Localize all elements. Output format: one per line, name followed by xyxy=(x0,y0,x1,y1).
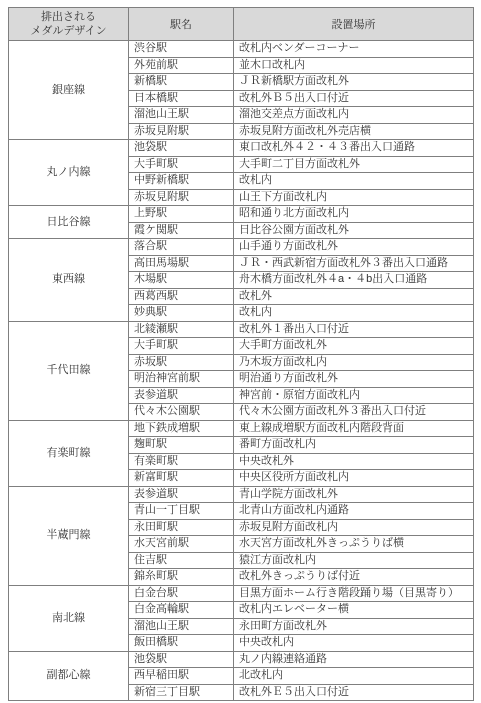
line-name-cell: 南北線 xyxy=(9,585,129,651)
station-cell: 妙典駅 xyxy=(129,305,234,322)
station-cell: 青山一丁目駅 xyxy=(129,503,234,520)
header-station: 駅名 xyxy=(129,8,234,41)
station-cell: 北綾瀬駅 xyxy=(129,321,234,338)
station-cell: 明治神宮前駅 xyxy=(129,371,234,388)
location-cell: 水天宮方面改札外きっぷうりば横 xyxy=(234,536,474,553)
location-cell: 目黒方面ホーム行き階段踊り場（目黒寄り） xyxy=(234,585,474,602)
line-name-cell: 千代田線 xyxy=(9,321,129,420)
location-cell: 番町方面改札内 xyxy=(234,437,474,454)
table-header: 排出される メダルデザイン 駅名 設置場所 xyxy=(9,8,474,41)
station-cell: 霞ケ関駅 xyxy=(129,222,234,239)
station-cell: 水天宮前駅 xyxy=(129,536,234,553)
line-name-cell: 有楽町線 xyxy=(9,420,129,486)
station-cell: 白金台駅 xyxy=(129,585,234,602)
table-row: 有楽町線地下鉄成増駅東上線成増駅方面改札内階段背面 xyxy=(9,420,474,437)
location-cell: 代々木公園方面改札外３番出入口付近 xyxy=(234,404,474,421)
station-cell: 代々木公園駅 xyxy=(129,404,234,421)
location-cell: ＪＲ・西武新宿方面改札外３番出入口通路 xyxy=(234,255,474,272)
header-place: 設置場所 xyxy=(234,8,474,41)
station-cell: 麹町駅 xyxy=(129,437,234,454)
station-cell: 上野駅 xyxy=(129,206,234,223)
table-row: 副都心線池袋駅丸ノ内線連絡通路 xyxy=(9,651,474,668)
station-cell: 木場駅 xyxy=(129,272,234,289)
station-cell: 西葛西駅 xyxy=(129,288,234,305)
station-cell: 赤坂見附駅 xyxy=(129,189,234,206)
station-cell: 落合駅 xyxy=(129,239,234,256)
location-cell: 北青山方面改札内通路 xyxy=(234,503,474,520)
location-cell: 改札外１番出入口付近 xyxy=(234,321,474,338)
location-cell: 改札外きっぷうりば付近 xyxy=(234,569,474,586)
station-cell: 白金高輪駅 xyxy=(129,602,234,619)
page: 排出される メダルデザイン 駅名 設置場所 銀座線渋谷駅改札内ベンダーコーナー外… xyxy=(0,0,481,701)
station-cell: 新橋駅 xyxy=(129,74,234,91)
location-cell: 改札外Ｂ５出入口付近 xyxy=(234,90,474,107)
station-cell: 池袋駅 xyxy=(129,140,234,157)
location-cell: 日比谷公園方面改札外 xyxy=(234,222,474,239)
location-cell: 東口改札外４２・４３番出入口通路 xyxy=(234,140,474,157)
header-design-line1: 排出される xyxy=(12,10,125,24)
location-cell: 改札内エレベーター横 xyxy=(234,602,474,619)
location-cell: 溜池交差点方面改札内 xyxy=(234,107,474,124)
station-cell: 新富町駅 xyxy=(129,470,234,487)
location-cell: 昭和通り北方面改札内 xyxy=(234,206,474,223)
line-name-cell: 丸ノ内線 xyxy=(9,140,129,206)
station-cell: 新宿三丁目駅 xyxy=(129,684,234,701)
location-cell: 青山学院方面改札外 xyxy=(234,486,474,503)
location-cell: 東上線成増駅方面改札内階段背面 xyxy=(234,420,474,437)
station-cell: 住吉駅 xyxy=(129,552,234,569)
location-cell: 明治通り方面改札外 xyxy=(234,371,474,388)
header-row: 排出される メダルデザイン 駅名 設置場所 xyxy=(9,8,474,41)
location-cell: 大手町方面改札外 xyxy=(234,338,474,355)
location-cell: 改札内 xyxy=(234,173,474,190)
station-cell: 表参道駅 xyxy=(129,387,234,404)
line-name-cell: 東西線 xyxy=(9,239,129,322)
station-cell: 大手町駅 xyxy=(129,338,234,355)
station-cell: 錦糸町駅 xyxy=(129,569,234,586)
location-cell: 永田町方面改札外 xyxy=(234,618,474,635)
location-cell: 神宮前・原宿方面改札内 xyxy=(234,387,474,404)
line-name-cell: 副都心線 xyxy=(9,651,129,701)
line-name-cell: 銀座線 xyxy=(9,41,129,140)
station-cell: 中野新橋駅 xyxy=(129,173,234,190)
line-name-cell: 半蔵門線 xyxy=(9,486,129,585)
location-cell: 山手通り方面改札外 xyxy=(234,239,474,256)
header-design: 排出される メダルデザイン xyxy=(9,8,129,41)
station-cell: 池袋駅 xyxy=(129,651,234,668)
station-cell: 外苑前駅 xyxy=(129,57,234,74)
station-cell: 日本橋駅 xyxy=(129,90,234,107)
line-name-cell: 日比谷線 xyxy=(9,206,129,239)
location-cell: 大手町二丁目方面改札外 xyxy=(234,156,474,173)
location-cell: 並木口改札内 xyxy=(234,57,474,74)
station-cell: 赤坂駅 xyxy=(129,354,234,371)
table-row: 南北線白金台駅目黒方面ホーム行き階段踊り場（目黒寄り） xyxy=(9,585,474,602)
location-cell: 山王下方面改札内 xyxy=(234,189,474,206)
location-cell: 赤坂見附方面改札内 xyxy=(234,519,474,536)
table-row: 千代田線北綾瀬駅改札外１番出入口付近 xyxy=(9,321,474,338)
location-cell: 改札外 xyxy=(234,288,474,305)
table-row: 丸ノ内線池袋駅東口改札外４２・４３番出入口通路 xyxy=(9,140,474,157)
table-body: 銀座線渋谷駅改札内ベンダーコーナー外苑前駅並木口改札内新橋駅ＪＲ新橋駅方面改札外… xyxy=(9,41,474,701)
location-cell: 乃木坂方面改札内 xyxy=(234,354,474,371)
station-cell: 飯田橋駅 xyxy=(129,635,234,652)
table-row: 日比谷線上野駅昭和通り北方面改札内 xyxy=(9,206,474,223)
location-cell: 北改札内 xyxy=(234,668,474,685)
header-design-line2: メダルデザイン xyxy=(12,24,125,38)
location-cell: 丸ノ内線連絡通路 xyxy=(234,651,474,668)
station-cell: 高田馬場駅 xyxy=(129,255,234,272)
location-cell: ＪＲ新橋駅方面改札外 xyxy=(234,74,474,91)
location-cell: 猿江方面改札内 xyxy=(234,552,474,569)
station-cell: 西早稲田駅 xyxy=(129,668,234,685)
station-cell: 表参道駅 xyxy=(129,486,234,503)
table-row: 銀座線渋谷駅改札内ベンダーコーナー xyxy=(9,41,474,58)
location-cell: 赤坂見附方面改札外売店横 xyxy=(234,123,474,140)
location-cell: 改札外Ｅ５出入口付近 xyxy=(234,684,474,701)
location-cell: 中央改札内 xyxy=(234,635,474,652)
location-cell: 中央改札外 xyxy=(234,453,474,470)
table-row: 半蔵門線表参道駅青山学院方面改札外 xyxy=(9,486,474,503)
station-cell: 地下鉄成増駅 xyxy=(129,420,234,437)
station-cell: 有楽町駅 xyxy=(129,453,234,470)
location-cell: 改札内 xyxy=(234,305,474,322)
location-cell: 中央区役所方面改札内 xyxy=(234,470,474,487)
station-cell: 溜池山王駅 xyxy=(129,618,234,635)
station-cell: 渋谷駅 xyxy=(129,41,234,58)
station-cell: 赤坂見附駅 xyxy=(129,123,234,140)
station-cell: 溜池山王駅 xyxy=(129,107,234,124)
location-cell: 舟木橋方面改札外４a・４b出入口通路 xyxy=(234,272,474,289)
station-cell: 永田町駅 xyxy=(129,519,234,536)
station-cell: 大手町駅 xyxy=(129,156,234,173)
table-row: 東西線落合駅山手通り方面改札外 xyxy=(9,239,474,256)
location-cell: 改札内ベンダーコーナー xyxy=(234,41,474,58)
medal-location-table: 排出される メダルデザイン 駅名 設置場所 銀座線渋谷駅改札内ベンダーコーナー外… xyxy=(8,7,474,701)
